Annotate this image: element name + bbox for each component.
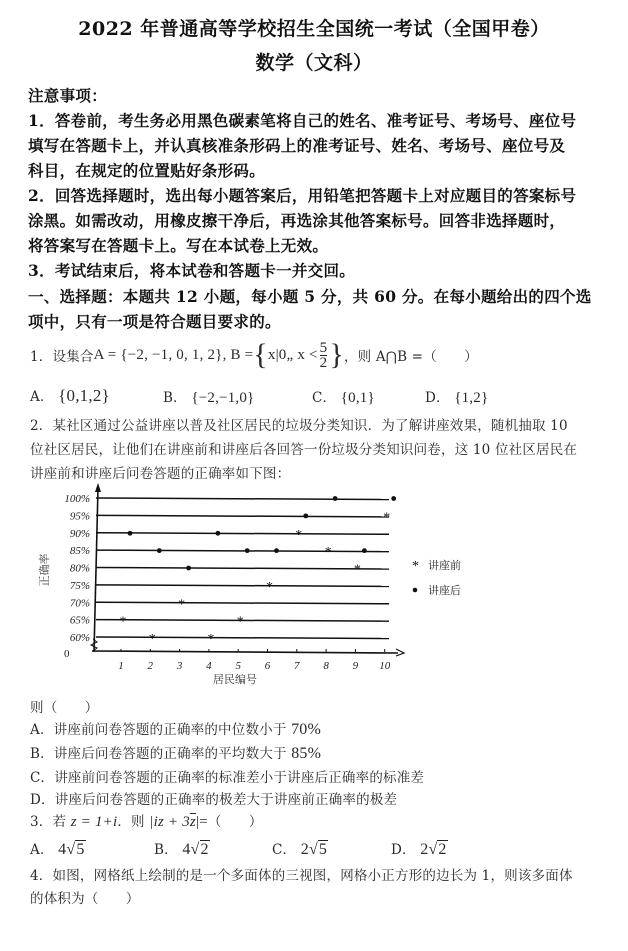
option-number: 70%	[291, 721, 321, 738]
q3-option-c[interactable]: C． 2√5	[272, 838, 328, 859]
option-label: A．	[30, 722, 54, 738]
star-marker: *	[325, 545, 332, 560]
dot-marker	[391, 496, 396, 501]
q3-option-a[interactable]: A． 4√5	[30, 838, 86, 859]
y-tick-labels: 60%65%70%75%80%85%90%95%100%	[64, 493, 90, 644]
option-label: C．	[272, 842, 296, 858]
notice-line: 3．考试结束后，将本试卷和答题卡一并交回。	[28, 259, 355, 281]
q2-option-a[interactable]: A．讲座前问卷答题的正确率的中位数小于 70%	[30, 718, 321, 739]
dot-marker	[333, 496, 338, 501]
y-zero-label: 0	[64, 648, 70, 660]
q4-text-line: 4．如图，网格纸上绘制的是一个多面体的三视图，网格小正方形的边长为 1，则该多面…	[30, 864, 573, 884]
legend-dot-icon	[413, 588, 418, 593]
y-axis	[94, 488, 98, 652]
q3-option-b[interactable]: B． 4√2	[154, 838, 210, 859]
y-axis-arrow	[95, 483, 101, 492]
gridline	[96, 637, 389, 639]
dot-marker	[216, 531, 221, 536]
y-tick-label: 75%	[70, 580, 90, 592]
q2-text-line: 位社区居民，让他们在讲座前和讲座后各回答一份垃圾分类知识问卷，这 10 位社区居…	[30, 438, 577, 458]
y-tick-label: 100%	[64, 493, 90, 505]
right-brace: }	[329, 340, 344, 370]
x-tick-label: 10	[379, 660, 391, 672]
fraction-denominator: 2	[320, 356, 328, 370]
q1-option-b[interactable]: B． {−2,−1,0}	[163, 386, 254, 407]
x-tick-label: 6	[265, 660, 271, 672]
option-value: {1,2}	[454, 390, 488, 406]
y-tick-label: 90%	[70, 528, 90, 540]
option-label: A．	[30, 842, 54, 858]
dot-marker	[274, 548, 279, 553]
series-before-points: **********	[120, 510, 391, 647]
radicand: 2	[437, 840, 447, 858]
q1-set-a: A = {−2, −1, 0, 1, 2}, B =	[94, 347, 254, 364]
q2-text-line: 讲座前和讲座后问卷答题的正确率如下图：	[30, 462, 290, 482]
q1-suffix: ，则 A⋂B =（ ）	[344, 345, 478, 365]
gridline	[96, 515, 389, 517]
option-text: 讲座前问卷答题的正确率的标准差小于讲座后正确率的标准差	[54, 770, 424, 786]
q2-option-d[interactable]: D．讲座后问卷答题的正确率的极差大于讲座前正确率的极差	[30, 788, 397, 808]
dot-marker	[128, 531, 133, 536]
y-tick-label: 95%	[70, 510, 90, 522]
q3-prefix: 3．若	[30, 814, 71, 830]
option-number: 85%	[291, 745, 321, 762]
gridline	[96, 550, 389, 552]
x-tick-label: 1	[118, 660, 124, 672]
option-label: D．	[425, 390, 450, 406]
q3-suffix: （ ）	[208, 814, 263, 830]
q2-option-b[interactable]: B．讲座后问卷答题的正确率的平均数大于 85%	[30, 742, 321, 763]
coefficient: 2	[301, 841, 309, 858]
option-label: B．	[163, 390, 187, 406]
q3-expression: z = 1+i	[71, 814, 118, 830]
q1-option-a[interactable]: A． {0,1,2}	[30, 385, 110, 406]
notice-line: 填写在答题卡上，并认真核准条形码上的准考证号、姓名、考场号、座位号及	[28, 134, 565, 156]
scatter-chart: 60%65%70%75%80%85%90%95%100% 12345678910…	[0, 480, 628, 695]
legend-star-icon: *	[412, 559, 419, 574]
dot-marker	[186, 566, 191, 571]
q2-option-c[interactable]: C．讲座前问卷答题的正确率的标准差小于讲座后正确率的标准差	[30, 766, 424, 786]
exam-title: 2022 年普通高等学校招生全国统一考试（全国甲卷）	[0, 14, 628, 41]
fraction: 5 2	[320, 341, 328, 370]
section-heading: 项中，只有一项是符合题目要求的。	[28, 310, 281, 332]
left-brace: {	[253, 340, 268, 370]
q3-abs-expression: |iz + 3	[149, 814, 190, 830]
x-tick-label: 9	[353, 660, 359, 672]
option-label: C．	[312, 390, 336, 406]
question-1: 1．设集合 A = {−2, −1, 0, 1, 2}, B = { x|0„ …	[30, 340, 478, 370]
q2-then: 则（ ）	[30, 696, 99, 716]
x-tick-label: 4	[206, 660, 212, 672]
y-tick-label: 85%	[70, 545, 90, 557]
legend: * 讲座前 讲座后	[412, 558, 461, 597]
option-value: {0,1,2}	[58, 386, 110, 405]
x-tick-labels: 12345678910	[118, 660, 390, 672]
coefficient: 4	[182, 841, 190, 858]
option-label: C．	[30, 770, 54, 786]
star-marker: *	[383, 510, 390, 525]
y-tick-label: 70%	[70, 597, 90, 609]
exam-subtitle: 数学（文科）	[0, 48, 628, 75]
q1-option-c[interactable]: C． {0,1}	[312, 386, 375, 407]
option-text: 讲座后问卷答题的正确率的极差大于讲座前正确率的极差	[55, 792, 398, 808]
q3-option-d[interactable]: D． 2√2	[391, 838, 448, 859]
option-label: D．	[391, 842, 416, 858]
legend-label-after: 讲座后	[428, 583, 461, 597]
dot-marker	[157, 548, 162, 553]
notice-line: 科目，在规定的位置贴好条形码。	[28, 159, 265, 181]
section-heading: 一、选择题：本题共 12 小题，每小题 5 分，共 60 分。在每小题给出的四个…	[28, 285, 592, 307]
gridline	[96, 602, 389, 604]
x-axis-label: 居民编号	[213, 672, 257, 686]
star-marker: *	[354, 563, 361, 578]
star-marker: *	[237, 615, 244, 630]
option-text: 讲座后问卷答题的正确率的平均数大于	[54, 746, 291, 762]
option-value: {0,1}	[341, 390, 375, 406]
star-marker: *	[266, 580, 273, 595]
q3-mid: ．则	[117, 814, 149, 830]
y-tick-label: 80%	[70, 563, 90, 575]
radicand: 2	[200, 840, 210, 858]
notice-line: 2．回答选择题时，选出每小题答案后，用铅笔把答题卡上对应题目的答案标号	[28, 184, 576, 206]
question-3: 3．若 z = 1+i．则 |iz + 3z|=（ ）	[30, 810, 263, 831]
q2-text-line: 2．某社区通过公益讲座以普及社区居民的垃圾分类知识．为了解讲座效果，随机抽取 1…	[30, 414, 568, 434]
q1-option-d[interactable]: D． {1,2}	[425, 386, 488, 407]
x-tick-label: 5	[235, 660, 241, 672]
x-tick-label: 8	[323, 660, 329, 672]
coefficient: 4	[58, 841, 66, 858]
gridline	[96, 498, 389, 500]
option-label: D．	[30, 792, 55, 808]
dot-marker	[245, 548, 250, 553]
option-text: 讲座前问卷答题的正确率的中位数小于	[54, 722, 291, 738]
x-tick-label: 2	[148, 660, 154, 672]
option-label: B．	[30, 746, 54, 762]
q1-set-b: x|0„ x <	[268, 347, 318, 364]
notice-line: 涂黑。如需改动，用橡皮擦干净后，再选涂其他答案标号。回答非选择题时，	[28, 209, 565, 231]
x-tick-label: 3	[176, 660, 183, 672]
gridline	[96, 585, 389, 587]
legend-label-before: 讲座前	[428, 558, 461, 572]
option-label: A．	[30, 389, 54, 405]
q3-abs-close: |=	[196, 814, 208, 830]
notice-line: 1．答卷前，考生务必用黑色碳素笔将自己的姓名、准考证号、考场号、座位号	[28, 109, 576, 131]
dot-marker	[303, 513, 308, 518]
gridline	[96, 568, 389, 570]
radicand: 5	[75, 840, 85, 858]
option-value: {−2,−1,0}	[191, 390, 254, 406]
y-tick-label: 65%	[70, 615, 90, 627]
fraction-numerator: 5	[320, 341, 328, 356]
q4-text-line: 的体积为（ ）	[30, 887, 140, 907]
option-label: B．	[154, 842, 178, 858]
star-marker: *	[295, 528, 302, 543]
coefficient: 2	[420, 841, 428, 858]
notice-line: 将答案写在答题卡上。写在本试卷上无效。	[28, 234, 328, 256]
star-marker: *	[178, 597, 185, 612]
x-axis	[92, 651, 398, 653]
star-marker: *	[207, 632, 214, 647]
dot-marker	[362, 548, 367, 553]
star-marker: *	[149, 632, 156, 647]
radicand: 5	[318, 840, 328, 858]
star-marker: *	[120, 615, 127, 630]
notice-heading: 注意事项：	[28, 84, 107, 106]
x-tick-label: 7	[294, 660, 300, 672]
gridline	[96, 533, 389, 535]
y-tick-label: 60%	[70, 632, 90, 644]
y-axis-label: 正确率	[37, 554, 51, 587]
q1-prefix: 1．设集合	[30, 345, 94, 365]
